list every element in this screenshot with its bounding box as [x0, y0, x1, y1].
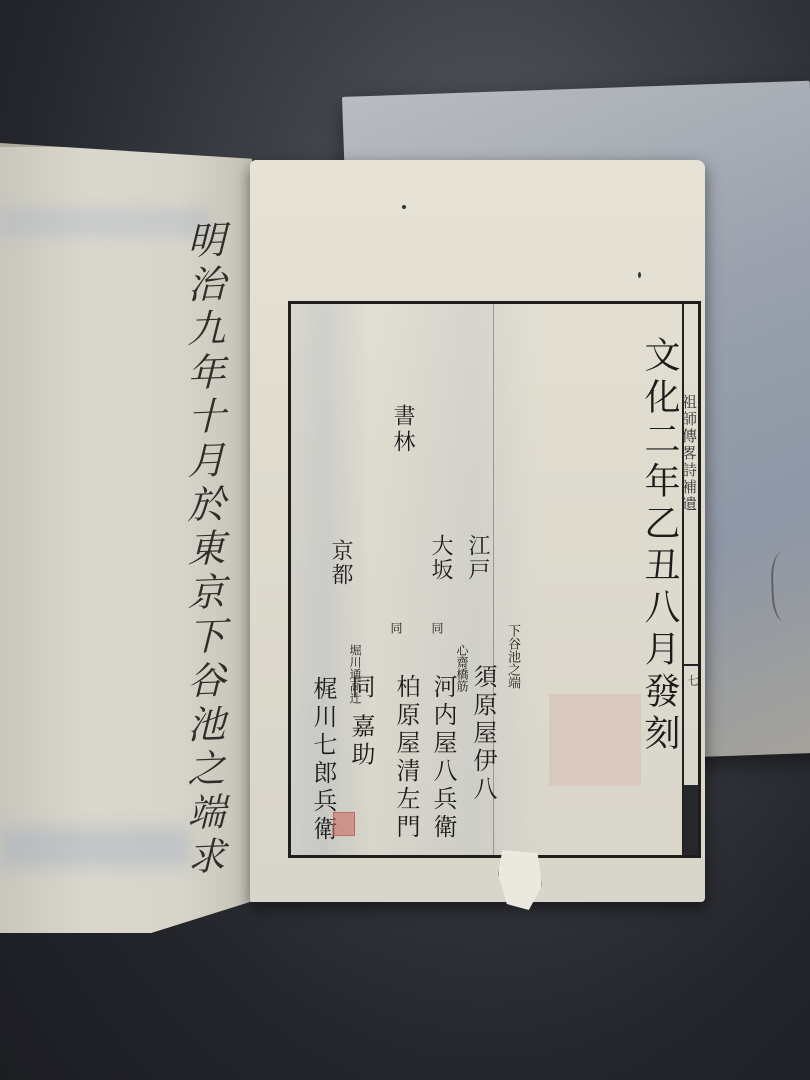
paper-tear — [498, 850, 542, 910]
margin-divider — [684, 664, 698, 666]
bookseller-label: 書林 — [391, 404, 413, 456]
page-margin-strip — [682, 304, 698, 855]
ink-spot — [402, 205, 406, 209]
publisher-address: 同 — [431, 622, 443, 634]
colophon-page: 祖師傳畧詩補遺 七 文化二年乙丑八月發刻 書林 江戸 大坂 京都 下谷池之端 心… — [250, 160, 705, 902]
publisher-name: 梶川七郎兵衛 — [311, 676, 335, 844]
publisher-city-osaka: 大坂 — [429, 534, 451, 582]
publisher-name: 須原屋伊八 — [471, 664, 495, 804]
publisher-name: 同 嘉助 — [349, 674, 373, 770]
photo-scene: 明治九年十月於東京下谷池之端求 祖師傳畧詩補遺 七 文化二年乙丑八月發刻 書林 … — [0, 0, 810, 1080]
publisher-name: 柏原屋清左門 — [394, 674, 418, 842]
ink-spot — [638, 272, 641, 278]
left-page: 明治九年十月於東京下谷池之端求 — [0, 143, 252, 933]
publisher-address: 同 — [390, 622, 402, 634]
handwritten-inscription: 明治九年十月於東京下谷池之端求 — [152, 220, 222, 882]
publisher-name: 河内屋八兵衛 — [431, 674, 455, 842]
publisher-city-kyoto: 京都 — [329, 539, 351, 587]
publisher-address: 下谷池之端 — [506, 624, 519, 689]
publisher-address: 心齋橋筋 — [456, 644, 468, 692]
faded-seal-large — [549, 694, 641, 786]
red-seal-stamp — [333, 812, 355, 836]
margin-page-number: 七 — [687, 672, 699, 689]
pencil-mark — [770, 551, 802, 622]
print-frame: 祖師傳畧詩補遺 七 文化二年乙丑八月發刻 書林 江戸 大坂 京都 下谷池之端 心… — [288, 301, 701, 858]
publisher-city-edo: 江戸 — [466, 534, 488, 582]
margin-book-title: 祖師傳畧詩補遺 — [679, 394, 700, 513]
margin-dark-block — [684, 785, 698, 855]
publication-date: 文化二年乙丑八月發刻 — [641, 336, 677, 756]
